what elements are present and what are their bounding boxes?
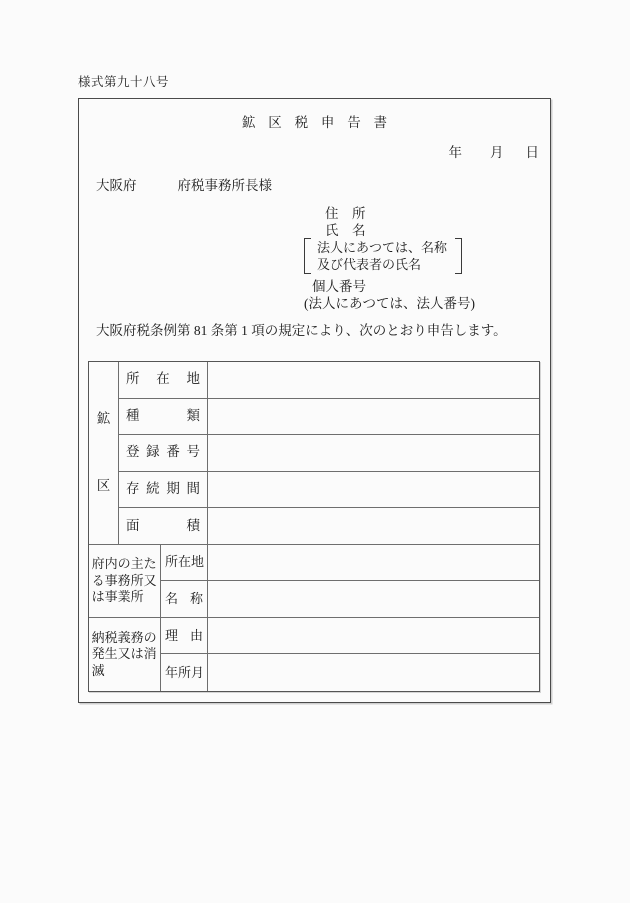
row-label-type-cell: 種類 — [119, 399, 208, 436]
addressee-prefecture: 大阪府 — [96, 178, 137, 195]
section-header-mining-area: 鉱 区 — [89, 362, 119, 545]
addressee-line: 大阪府 府税事務所長様 — [96, 178, 272, 195]
declaration-table: 鉱 区 所在地 種類 登録番号 存続期間 面積 — [88, 361, 540, 692]
address-label: 住 所 — [325, 206, 366, 223]
date-line: 年 月 日 — [449, 145, 540, 162]
declaration-sentence: 大阪府税条例第 81 条第 1 項の規定により、次のとおり申告します。 — [96, 323, 507, 340]
row-label-area-cell: 面積 — [119, 508, 208, 545]
row-label-registration-number: 登録番号 — [119, 444, 207, 461]
mining-area-char-top: 鉱 — [97, 411, 111, 428]
mining-area-char-bottom: 区 — [97, 478, 111, 495]
row-label-area: 面積 — [119, 518, 207, 535]
input-cell-office-name[interactable] — [208, 581, 539, 618]
corporate-note-line2: 及び代表者の氏名 — [317, 256, 447, 273]
form-page: 様式第九十八号 鉱区税申告書 年 月 日 大阪府 府税事務所長様 住 所 氏 名… — [0, 0, 630, 903]
corporate-number-note: (法人にあつては、法人番号) — [304, 296, 475, 313]
form-outer-box: 鉱区税申告書 年 月 日 大阪府 府税事務所長様 住 所 氏 名 法人にあつては… — [78, 98, 551, 703]
sub-label-date-cell: 年所月 — [161, 654, 208, 691]
input-cell-office-location[interactable] — [208, 545, 539, 582]
form-title: 鉱区税申告書 — [79, 115, 550, 132]
personal-number-label: 個人番号 — [312, 279, 366, 296]
corporate-note-line1: 法人にあつては、名称 — [317, 239, 447, 256]
section-header-main-office: 府内の主たる事務所又は事業所 — [89, 545, 161, 618]
sub-label-reason-cell: 理由 — [161, 618, 208, 655]
sub-label-office-location: 所在地 — [161, 554, 208, 570]
sub-label-date: 年所月 — [161, 665, 208, 681]
bracket-left-icon — [304, 238, 311, 274]
date-month-label: 月 — [490, 145, 504, 162]
form-number: 様式第九十八号 — [78, 75, 169, 91]
date-year-label: 年 — [449, 145, 463, 162]
sub-label-office-name-cell: 名称 — [161, 581, 208, 618]
section-header-tax-liability-text: 納税義務の発生又は消滅 — [92, 630, 158, 680]
row-label-registration-number-cell: 登録番号 — [119, 435, 208, 472]
section-header-tax-liability: 納税義務の発生又は消滅 — [89, 618, 161, 691]
input-cell-type[interactable] — [208, 399, 539, 436]
section-header-main-office-text: 府内の主たる事務所又は事業所 — [92, 556, 158, 606]
sub-label-reason: 理由 — [161, 628, 207, 644]
row-label-location: 所在地 — [119, 371, 207, 388]
row-label-duration-cell: 存続期間 — [119, 472, 208, 509]
input-cell-location[interactable] — [208, 362, 539, 399]
row-label-duration: 存続期間 — [119, 481, 207, 498]
date-day-label: 日 — [526, 145, 540, 162]
input-cell-registration-number[interactable] — [208, 435, 539, 472]
corporate-note-text: 法人にあつては、名称 及び代表者の氏名 — [311, 238, 455, 274]
sub-label-office-name: 名称 — [161, 591, 207, 607]
row-label-type: 種類 — [119, 408, 207, 425]
input-cell-duration[interactable] — [208, 472, 539, 509]
input-cell-area[interactable] — [208, 508, 539, 545]
bracket-right-icon — [455, 238, 462, 274]
input-cell-reason[interactable] — [208, 618, 539, 655]
sub-label-office-location-cell: 所在地 — [161, 545, 208, 582]
addressee-office: 府税事務所長様 — [178, 178, 273, 195]
row-label-location-cell: 所在地 — [119, 362, 208, 399]
corporate-note: 法人にあつては、名称 及び代表者の氏名 — [304, 238, 462, 274]
input-cell-date[interactable] — [208, 654, 539, 691]
